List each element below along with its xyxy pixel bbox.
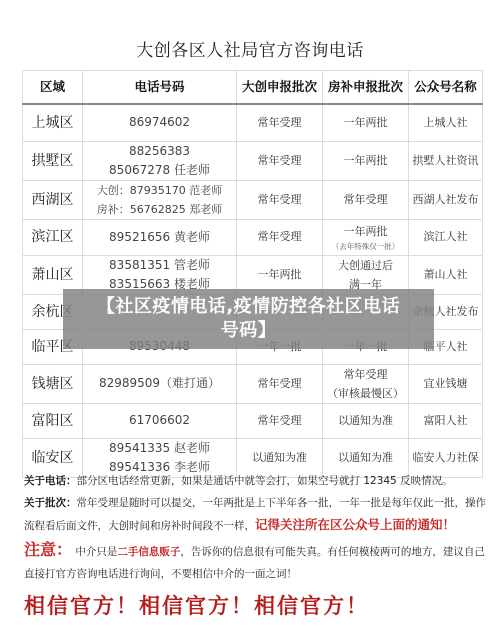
phone-cell: 88256383 85067278 任老师 (83, 141, 237, 180)
note-phone-text: 部分区电话经常更新，如果是通话中就等会打，如果空号就打 12345 反映情况。 (77, 475, 453, 487)
note-phone: 关于电话：部分区电话经常更新，如果是通话中就等会打，如果空号就打 12345 反… (24, 470, 486, 492)
notes-section: 关于电话：部分区电话经常更新，如果是通话中就等会打，如果空号就打 12345 反… (24, 470, 486, 585)
title-overlay-banner: 【社区疫情电话,疫情防控各社区电话 号码】 (63, 289, 434, 349)
fangbu-cell: 以通知为准 (323, 403, 409, 438)
page-title: 大创各区人社局官方咨询电话 (0, 36, 500, 61)
header-dachuang-batch: 大创申报批次 (237, 71, 323, 105)
phone-number: 房补：56762825 郑老师 (83, 200, 236, 219)
fangbu-text: 一年两批 (323, 151, 408, 170)
phone-cell: 大创：87935170 范老师 房补：56762825 郑老师 (83, 180, 237, 219)
fangbu-text: （审核最慢区） (323, 384, 408, 403)
slogan: 相信官方！相信官方！相信官方！ (24, 590, 369, 620)
fangbu-cell: 常年受理 (323, 180, 409, 219)
fangbu-cell: 一年两批 （去年特殊仅一批） (323, 219, 409, 255)
table-row: 拱墅区 88256383 85067278 任老师 常年受理 一年两批 拱墅人社… (23, 141, 483, 180)
fangbu-text: 以通知为准 (323, 448, 408, 467)
phone-cell: 89521656 黄老师 (83, 219, 237, 255)
table-row: 富阳区 61706602 常年受理 以通知为准 富阳人社 (23, 403, 483, 438)
area-cell: 钱塘区 (23, 364, 83, 403)
fangbu-cell: 一年两批 (323, 104, 409, 141)
fangbu-text: 常年受理 (323, 365, 408, 384)
account-cell: 拱墅人社资讯 (409, 141, 483, 180)
overlay-line-2: 号码】 (63, 319, 434, 343)
phone-cell: 61706602 (83, 403, 237, 438)
attention-text-1: 中介只是 (75, 546, 117, 558)
area-cell: 滨江区 (23, 219, 83, 255)
phone-cell: 82989509（难打通） (83, 364, 237, 403)
fangbu-text: 以通知为准 (323, 411, 408, 430)
overlay-line-1: 【社区疫情电话,疫情防控各社区电话 (63, 295, 434, 319)
phone-number: 89521656 黄老师 (83, 228, 236, 247)
dachuang-cell: 常年受理 (237, 141, 323, 180)
phone-number: 86974602 (83, 113, 236, 132)
header-area: 区域 (23, 71, 83, 105)
phone-table: 区域 电话号码 大创申报批次 房补申报批次 公众号名称 上城区 86974602… (22, 70, 483, 478)
dachuang-cell: 常年受理 (237, 403, 323, 438)
account-cell: 上城人社 (409, 104, 483, 141)
fangbu-text: 大创通过后 (323, 256, 408, 275)
area-cell: 拱墅区 (23, 141, 83, 180)
note-attention: 注意： 中介只是二手信息贩子，告诉你的信息很有可能失真。有任何模棱两可的地方，建… (24, 539, 486, 585)
header-account: 公众号名称 (409, 71, 483, 105)
area-cell: 西湖区 (23, 180, 83, 219)
phone-number: 83581351 管老师 (83, 256, 236, 275)
phone-number: 85067278 任老师 (83, 161, 236, 180)
note-batch-label: 关于批次： (24, 497, 77, 509)
dachuang-cell: 常年受理 (237, 364, 323, 403)
table-row: 钱塘区 82989509（难打通） 常年受理 常年受理 （审核最慢区） 宜业钱塘 (23, 364, 483, 403)
dachuang-cell: 常年受理 (237, 180, 323, 219)
fangbu-note: （去年特殊仅一批） (323, 241, 408, 253)
phone-cell: 86974602 (83, 104, 237, 141)
phone-number: 89541335 赵老师 (83, 439, 236, 458)
account-cell: 宜业钱塘 (409, 364, 483, 403)
phone-number: 82989509（难打通） (83, 374, 236, 393)
fangbu-cell: 一年两批 (323, 141, 409, 180)
note-batch: 关于批次：常年受理是随时可以提交，一年两批是上下半年各一批，一年一批是每年仅此一… (24, 492, 486, 537)
fangbu-text: 一年两批 (323, 222, 408, 241)
account-cell: 滨江人社 (409, 219, 483, 255)
table-header-row: 区域 电话号码 大创申报批次 房补申报批次 公众号名称 (23, 71, 483, 105)
attention-label: 注意： (24, 540, 72, 559)
phone-number: 大创：87935170 范老师 (83, 181, 236, 200)
area-cell: 富阳区 (23, 403, 83, 438)
table-row: 西湖区 大创：87935170 范老师 房补：56762825 郑老师 常年受理… (23, 180, 483, 219)
header-phone: 电话号码 (83, 71, 237, 105)
dachuang-cell: 常年受理 (237, 104, 323, 141)
fangbu-cell: 常年受理 （审核最慢区） (323, 364, 409, 403)
table-row: 上城区 86974602 常年受理 一年两批 上城人社 (23, 104, 483, 141)
account-cell: 富阳人社 (409, 403, 483, 438)
fangbu-text: 常年受理 (323, 190, 408, 209)
area-cell: 上城区 (23, 104, 83, 141)
phone-number: 88256383 (83, 142, 236, 161)
account-cell: 西湖人社发布 (409, 180, 483, 219)
note-phone-label: 关于电话： (24, 475, 77, 487)
dachuang-cell: 常年受理 (237, 219, 323, 255)
phone-number: 61706602 (83, 411, 236, 430)
header-fangbu-batch: 房补申报批次 (323, 71, 409, 105)
table-row: 滨江区 89521656 黄老师 常年受理 一年两批 （去年特殊仅一批） 滨江人… (23, 219, 483, 255)
attention-highlight: 二手信息贩子 (117, 546, 180, 558)
note-batch-warning: 记得关注所在区公众号上面的通知！ (255, 517, 455, 532)
fangbu-text: 一年两批 (323, 113, 408, 132)
